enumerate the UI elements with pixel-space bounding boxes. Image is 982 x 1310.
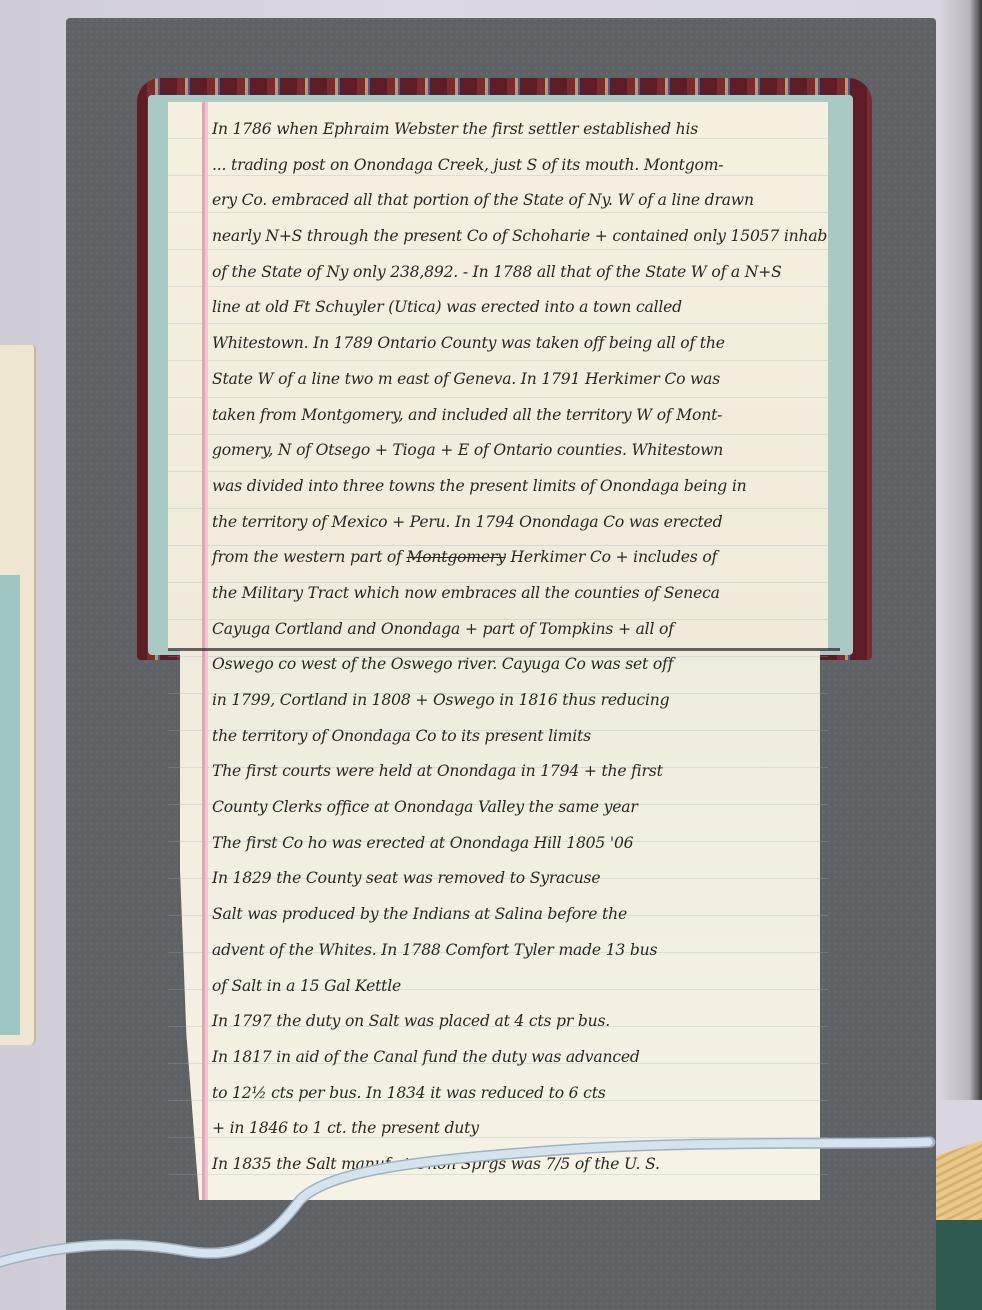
struck-word: Montgomery [406,548,505,566]
adjacent-notebook-cover [0,575,20,1035]
text-line: in 1799, Cortland in 1808 + Oswego in 18… [212,683,824,719]
text-line: of Salt in a 15 Gal Kettle [212,969,824,1005]
text-segment: Herkimer Co + includes of [506,548,717,566]
background-edge [940,0,982,1100]
text-segment: from the western part of [212,548,406,566]
text-line: the territory of Onondaga Co to its pres… [212,719,824,755]
text-line: County Clerks office at Onondaga Valley … [212,790,824,826]
text-line-with-strikeout: from the western part of Montgomery Herk… [212,540,824,576]
margin-rule [202,102,205,1200]
text-line: + in 1846 to 1 ct. the present duty [212,1111,824,1147]
text-line: ... trading post on Onondaga Creek, just… [212,148,824,184]
text-line: line at old Ft Schuyler (Utica) was erec… [212,290,824,326]
text-line: In 1817 in aid of the Canal fund the dut… [212,1040,824,1076]
text-line: In 1829 the County seat was removed to S… [212,861,824,897]
text-line: Salt was produced by the Indians at Sali… [212,897,824,933]
text-line: Oswego co west of the Oswego river. Cayu… [212,647,824,683]
text-line: In 1797 the duty on Salt was placed at 4… [212,1004,824,1040]
text-line: of the State of Ny only 238,892. - In 17… [212,255,824,291]
handwritten-text: In 1786 when Ephraim Webster the first s… [212,112,824,1183]
text-line: the territory of Mexico + Peru. In 1794 … [212,505,824,541]
text-line: The first Co ho was erected at Onondaga … [212,826,824,862]
text-line: The first courts were held at Onondaga i… [212,754,824,790]
adjacent-notebook [0,345,36,1045]
text-line: ery Co. embraced all that portion of the… [212,183,824,219]
text-line: Whitestown. In 1789 Ontario County was t… [212,326,824,362]
text-line: advent of the Whites. In 1788 Comfort Ty… [212,933,824,969]
text-line: Cayuga Cortland and Onondaga + part of T… [212,612,824,648]
text-line: the Military Tract which now embraces al… [212,576,824,612]
text-line: gomery, N of Otsego + Tioga + E of Ontar… [212,433,824,469]
text-line: to 12½ cts per bus. In 1834 it was reduc… [212,1076,824,1112]
text-line: was divided into three towns the present… [212,469,824,505]
text-line: In 1835 the Salt manuf at Onon Sprgs was… [212,1147,824,1183]
text-line: State W of a line two m east of Geneva. … [212,362,824,398]
text-line: nearly N+S through the present Co of Sch… [212,219,824,255]
text-line: In 1786 when Ephraim Webster the first s… [212,112,824,148]
text-line: taken from Montgomery, and included all … [212,398,824,434]
